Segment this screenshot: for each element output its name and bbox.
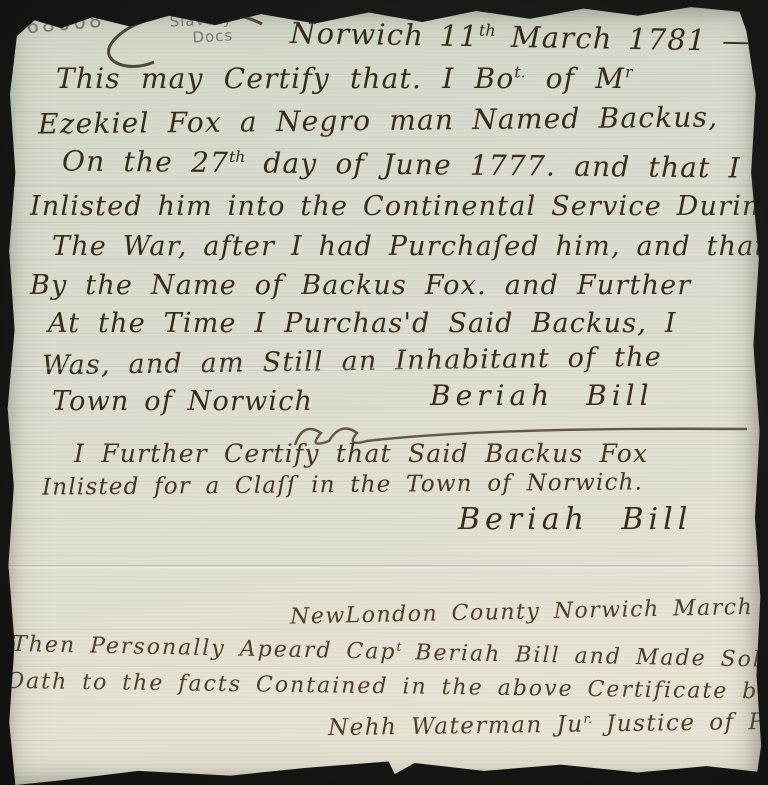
second-certificate-line: I Further Certify that Said Backus Fox — [74, 440, 648, 468]
document-paper: 68008 Slavery Docs Norwich 11th March 17… — [0, 0, 768, 785]
beriah-bill-signature: Beriah Bill — [458, 503, 692, 536]
slavery-docs-label-line2: Docs — [192, 27, 234, 46]
justice-signature: Nehh Waterman Jur. Justice of Peace — [328, 709, 768, 742]
certificate-line: Town of Norwich — [52, 387, 313, 417]
jurat-dateline: NewLondon County Norwich March 13th 1781 — [290, 593, 768, 630]
archive-number: 68008 — [25, 9, 105, 38]
fold-crease — [8, 565, 761, 569]
certificate-line: Ezekiel Fox a Negro man Named Backus, — [38, 102, 719, 140]
fold-crease — [8, 186, 761, 190]
certificate-line: This may Certify that. I Bot. of Mr — [56, 64, 633, 95]
second-certificate-line: Inlisted for a Claſſ in the Town of Norw… — [42, 470, 643, 501]
certificate-line: Inlisted him into the Continental Servic… — [30, 192, 768, 222]
scanned-document: 68008 Slavery Docs Norwich 11th March 17… — [0, 0, 768, 785]
certificate-line: Was, and am Still an Inhabitant of the — [42, 343, 662, 381]
certificate-line: By the Name of Backus Fox. and Further — [30, 271, 691, 301]
certificate-line: The War, after I had Purchaſed him, and … — [52, 232, 768, 262]
jurat-line: Then Personally Apeard Capt Beriah Bill … — [12, 633, 768, 674]
certificate-dateline: Norwich 11th March 1781 — — [290, 18, 753, 58]
certificate-line: On the 27th day of June 1777. and that I — [62, 146, 741, 184]
certificate-line: At the Time I Purchas'd Said Backus, I — [48, 309, 677, 339]
slavery-docs-label: Slavery Docs — [169, 10, 234, 46]
beriah-bill-signature: Beriah Bill — [430, 381, 654, 412]
jurat-line: Oath to the facts Contained in the above… — [6, 670, 768, 706]
